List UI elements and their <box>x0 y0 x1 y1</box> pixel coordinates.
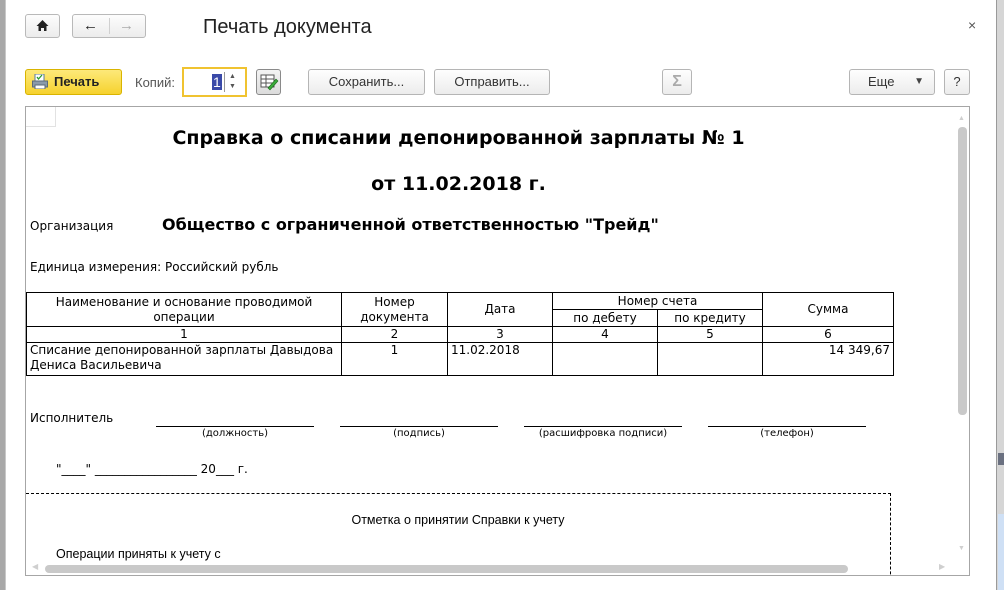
spin-down-icon[interactable]: ▼ <box>229 83 236 90</box>
operations-accepted-label: Операции приняты к учету с <box>56 547 221 561</box>
phone-line <box>708 426 866 427</box>
window-title: Печать документа <box>203 16 372 39</box>
organization-name: Общество с ограниченной ответственностью… <box>162 215 659 234</box>
print-button[interactable]: Печать <box>25 69 122 95</box>
acceptance-title: Отметка о принятии Справки к учету <box>26 513 890 527</box>
back-arrow-icon[interactable]: ← <box>83 17 98 35</box>
window-left-edge <box>0 0 6 590</box>
signature-decoding-caption: (расшифровка подписи) <box>524 428 682 439</box>
signature-caption: (подпись) <box>340 428 498 439</box>
edit-document-button[interactable] <box>256 69 281 95</box>
scroll-down-icon[interactable]: ▼ <box>958 545 965 552</box>
cell-date: 11.02.2018 <box>448 343 553 376</box>
header-sum: Сумма <box>763 293 894 327</box>
spreadsheet-document: Справка о списании депонированной зарпла… <box>26 107 956 576</box>
scroll-up-icon[interactable]: ▲ <box>958 115 965 122</box>
cell-credit <box>658 343 763 376</box>
signature-line <box>340 426 498 427</box>
position-caption: (должность) <box>156 428 314 439</box>
column-number: 6 <box>763 327 894 343</box>
more-label: Еще <box>868 74 894 89</box>
printer-icon <box>32 74 48 89</box>
column-number: 5 <box>658 327 763 343</box>
position-line <box>156 426 314 427</box>
phone-caption: (телефон) <box>708 428 866 439</box>
document-date: от 11.02.2018 г. <box>26 173 891 195</box>
operations-table: Наименование и основание проводимой опер… <box>26 292 894 376</box>
close-icon[interactable]: × <box>968 17 976 33</box>
vertical-scroll-thumb[interactable] <box>958 127 967 415</box>
print-label: Печать <box>54 74 99 89</box>
scroll-left-icon[interactable]: ◀ <box>32 562 38 571</box>
unit-of-measure: Единица измерения: Российский рубль <box>30 260 278 274</box>
table-edit-icon <box>259 73 279 91</box>
cell-sum: 14 349,67 <box>763 343 894 376</box>
cell-doc-number: 1 <box>342 343 448 376</box>
header-credit: по кредиту <box>658 310 763 327</box>
column-number: 2 <box>342 327 448 343</box>
copies-value[interactable]: 1 <box>212 74 222 90</box>
header-account-number: Номер счета <box>553 293 763 310</box>
horizontal-scroll-thumb[interactable] <box>45 565 848 573</box>
copies-input[interactable]: 1 ▲ ▼ <box>182 67 247 97</box>
sheet-corner <box>26 107 56 127</box>
signature-decoding-line <box>524 426 682 427</box>
header-operation: Наименование и основание проводимой опер… <box>27 293 342 327</box>
document-title: Справка о списании депонированной зарпла… <box>26 127 891 149</box>
header-date: Дата <box>448 293 553 327</box>
date-blank: "____" _________________ 20___ г. <box>56 462 248 476</box>
forward-arrow-icon[interactable]: → <box>119 17 134 35</box>
navigation-buttons: ← → <box>72 14 146 38</box>
sum-icon[interactable]: Σ <box>662 69 692 95</box>
background-window-edge <box>996 0 1004 590</box>
executor-label: Исполнитель <box>30 411 113 425</box>
column-number: 1 <box>27 327 342 343</box>
column-number: 4 <box>553 327 658 343</box>
home-icon <box>26 15 59 37</box>
chevron-down-icon: ▼ <box>914 70 924 94</box>
organization-label: Организация <box>30 219 113 233</box>
column-number: 3 <box>448 327 553 343</box>
header-doc-number: Номер документа <box>342 293 448 327</box>
header-debit: по дебету <box>553 310 658 327</box>
save-button[interactable]: Сохранить... <box>308 69 425 95</box>
copies-label: Копий: <box>135 75 175 90</box>
send-button[interactable]: Отправить... <box>434 69 550 95</box>
spin-up-icon[interactable]: ▲ <box>229 73 236 80</box>
scroll-right-icon[interactable]: ▶ <box>939 562 945 571</box>
cell-operation: Списание депонированной зарплаты Давыдов… <box>27 343 342 376</box>
help-button[interactable]: ? <box>944 69 970 95</box>
table-row: Списание депонированной зарплаты Давыдов… <box>27 343 894 376</box>
more-button[interactable]: Еще ▼ <box>849 69 935 95</box>
cell-debit <box>553 343 658 376</box>
acceptance-section-border <box>26 493 891 576</box>
home-button[interactable] <box>25 14 60 38</box>
document-viewer[interactable]: Справка о списании депонированной зарпла… <box>25 106 970 576</box>
